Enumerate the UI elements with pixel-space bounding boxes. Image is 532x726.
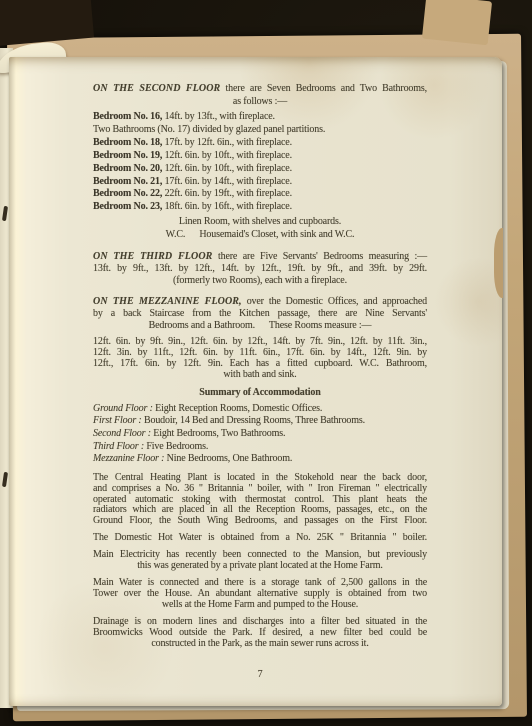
room-detail: Two Bathrooms (No. 17) divided by glazed… bbox=[93, 124, 325, 135]
drainage-paragraph: Drainage is on modern lines and discharg… bbox=[93, 617, 427, 650]
room-line: Bedroom No. 20, 12ft. 6in. by 10ft., wit… bbox=[93, 163, 427, 176]
floor-value: Nine Bedrooms, One Bathroom. bbox=[164, 453, 292, 464]
page-number: 7 bbox=[93, 668, 427, 681]
room-detail: 17ft. by 12ft. 6in., with fireplace. bbox=[162, 137, 292, 148]
room-label: Bedroom No. 21, bbox=[93, 176, 162, 187]
room-line: Bedroom No. 22, 22ft. 6in. by 19ft., wit… bbox=[93, 188, 427, 201]
paragraph-line: constructed in the Park, as the main sew… bbox=[93, 639, 427, 650]
paragraph-line: Ground Floor, the South Wing Bedrooms, a… bbox=[93, 516, 427, 527]
page-edge-chip bbox=[494, 228, 503, 298]
summary-row: First Floor : Boudoir, 14 Bed and Dressi… bbox=[93, 415, 427, 428]
electricity-paragraph: Main Electricity has recently been conne… bbox=[93, 550, 427, 572]
section-heading: ON THE MEZZANINE FLOOR, over the Domesti… bbox=[93, 296, 427, 308]
room-detail: 22ft. 6in. by 19ft., with fireplace. bbox=[162, 188, 292, 199]
summary-row: Ground Floor : Eight Reception Rooms, Do… bbox=[93, 403, 427, 416]
cover-corner bbox=[422, 0, 492, 45]
floor-value: Eight Reception Rooms, Domestic Offices. bbox=[153, 403, 322, 414]
room-label: Bedroom No. 23, bbox=[93, 201, 162, 212]
book-photo: { "doc": { "second_floor": { "heading_em… bbox=[0, 0, 532, 726]
room-line: Bedroom No. 18, 17ft. by 12ft. 6in., wit… bbox=[93, 137, 427, 150]
floor-name: ON THE SECOND FLOOR bbox=[93, 83, 220, 94]
floor-label: Mezzanine Floor : bbox=[93, 453, 164, 464]
floor-value: Boudoir, 14 Bed and Dressing Rooms, Thre… bbox=[142, 415, 365, 426]
room-label: Bedroom No. 18, bbox=[93, 137, 162, 148]
wc-line: W.C. Housemaid's Closet, with sink and W… bbox=[93, 229, 427, 242]
room-label: Bedroom No. 22, bbox=[93, 188, 162, 199]
room-line: Bedroom No. 21, 17ft. 6in. by 14ft., wit… bbox=[93, 176, 427, 189]
room-list: Bedroom No. 16, 14ft. by 13ft., with fir… bbox=[93, 111, 427, 214]
paragraph-line: and comprises a No. 36 " Britannia " boi… bbox=[93, 484, 427, 495]
paragraph-line: this was generated by a private plant lo… bbox=[93, 561, 427, 572]
floor-label: Third Floor : bbox=[93, 441, 144, 452]
linen-room-line: Linen Room, with shelves and cupboards. bbox=[93, 216, 427, 229]
paragraph-line: wells at the Home Farm and pumped to the… bbox=[93, 600, 427, 611]
room-label: Bedroom No. 16, bbox=[93, 111, 162, 122]
heating-paragraph: The Central Heating Plant is located in … bbox=[93, 473, 427, 528]
floor-label: Second Floor : bbox=[93, 428, 151, 439]
paragraph-line: The Domestic Hot Water is obtained from … bbox=[93, 533, 427, 544]
heading-text: by a back Staircase from the Kitchen pas… bbox=[93, 308, 427, 320]
room-detail: 12ft. 6in. by 10ft., with fireplace. bbox=[162, 163, 292, 174]
room-detail: 14ft. by 13ft., with fireplace. bbox=[162, 111, 275, 122]
floor-name: ON THE THIRD FLOOR bbox=[93, 251, 212, 262]
room-detail: 18ft. 6in. by 16ft., with fireplace. bbox=[162, 201, 292, 212]
floor-value: Five Bedrooms. bbox=[144, 441, 208, 452]
summary-row: Mezzanine Floor : Nine Bedrooms, One Bat… bbox=[93, 453, 427, 466]
heading-continuation: as follows :— bbox=[93, 96, 427, 109]
measurements-line: 12ft., 17ft. 6in. by 12ft. 9in. Each has… bbox=[93, 358, 427, 369]
heading-text: Bedrooms and a Bathroom. These Rooms mea… bbox=[93, 320, 427, 332]
summary-row: Third Floor : Five Bedrooms. bbox=[93, 441, 427, 454]
paragraph-line: The Central Heating Plant is located in … bbox=[93, 473, 427, 484]
second-floor-section: ON THE SECOND FLOOR there are Seven Bedr… bbox=[93, 83, 427, 241]
floor-name: ON THE MEZZANINE FLOOR, bbox=[93, 296, 242, 307]
room-line: Bedroom No. 19, 12ft. 6in. by 10ft., wit… bbox=[93, 150, 427, 163]
room-line: Two Bathrooms (No. 17) divided by glazed… bbox=[93, 124, 427, 137]
paragraph-line: Broomwicks Wood outside the Park. If des… bbox=[93, 628, 427, 639]
page: ON THE SECOND FLOOR there are Seven Bedr… bbox=[9, 57, 502, 706]
measurements-line: 13ft. by 9ft., 13ft. by 12ft., 14ft. by … bbox=[93, 263, 427, 275]
floor-label: First Floor : bbox=[93, 415, 142, 426]
measurements-block: 12ft. 6in. by 9ft. 9in., 12ft. 6in. by 1… bbox=[93, 336, 427, 380]
section-heading: ON THE THIRD FLOOR there are Five Servan… bbox=[93, 251, 427, 263]
room-label: Bedroom No. 19, bbox=[93, 150, 162, 161]
third-floor-section: ON THE THIRD FLOOR there are Five Servan… bbox=[93, 251, 427, 287]
paragraph-line: Drainage is on modern lines and discharg… bbox=[93, 617, 427, 628]
room-label: Bedroom No. 20, bbox=[93, 163, 162, 174]
heading-text: there are Five Servants' Bedrooms measur… bbox=[212, 251, 427, 262]
section-heading: ON THE SECOND FLOOR there are Seven Bedr… bbox=[93, 83, 427, 96]
summary-title: Summary of Accommodation bbox=[93, 387, 427, 400]
measurements-line: 12ft. 6in. by 9ft. 9in., 12ft. 6in. by 1… bbox=[93, 336, 427, 347]
hot-water-paragraph: The Domestic Hot Water is obtained from … bbox=[93, 533, 427, 544]
summary-row: Second Floor : Eight Bedrooms, Two Bathr… bbox=[93, 428, 427, 441]
mezzanine-floor-section: ON THE MEZZANINE FLOOR, over the Domesti… bbox=[93, 296, 427, 380]
heading-text: there are Seven Bedrooms and Two Bathroo… bbox=[220, 83, 427, 94]
water-paragraph: Main Water is connected and there is a s… bbox=[93, 578, 427, 611]
room-detail: 12ft. 6in. by 10ft., with fireplace. bbox=[162, 150, 292, 161]
summary-list: Ground Floor : Eight Reception Rooms, Do… bbox=[93, 403, 427, 466]
room-detail: 17ft. 6in. by 14ft., with fireplace. bbox=[162, 176, 292, 187]
measurements-line: (formerly two Rooms), each with a firepl… bbox=[93, 275, 427, 287]
page-content: ON THE SECOND FLOOR there are Seven Bedr… bbox=[93, 83, 427, 681]
heading-text: over the Domestic Offices, and approache… bbox=[242, 296, 427, 307]
room-line: Bedroom No. 16, 14ft. by 13ft., with fir… bbox=[93, 111, 427, 124]
floor-value: Eight Bedrooms, Two Bathrooms. bbox=[151, 428, 285, 439]
measurements-line: with bath and sink. bbox=[93, 369, 427, 380]
measurements-line: 12ft. 3in. by 11ft., 12ft. 6in. by 11ft.… bbox=[93, 347, 427, 358]
room-line: Bedroom No. 23, 18ft. 6in. by 16ft., wit… bbox=[93, 201, 427, 214]
floor-label: Ground Floor : bbox=[93, 403, 153, 414]
